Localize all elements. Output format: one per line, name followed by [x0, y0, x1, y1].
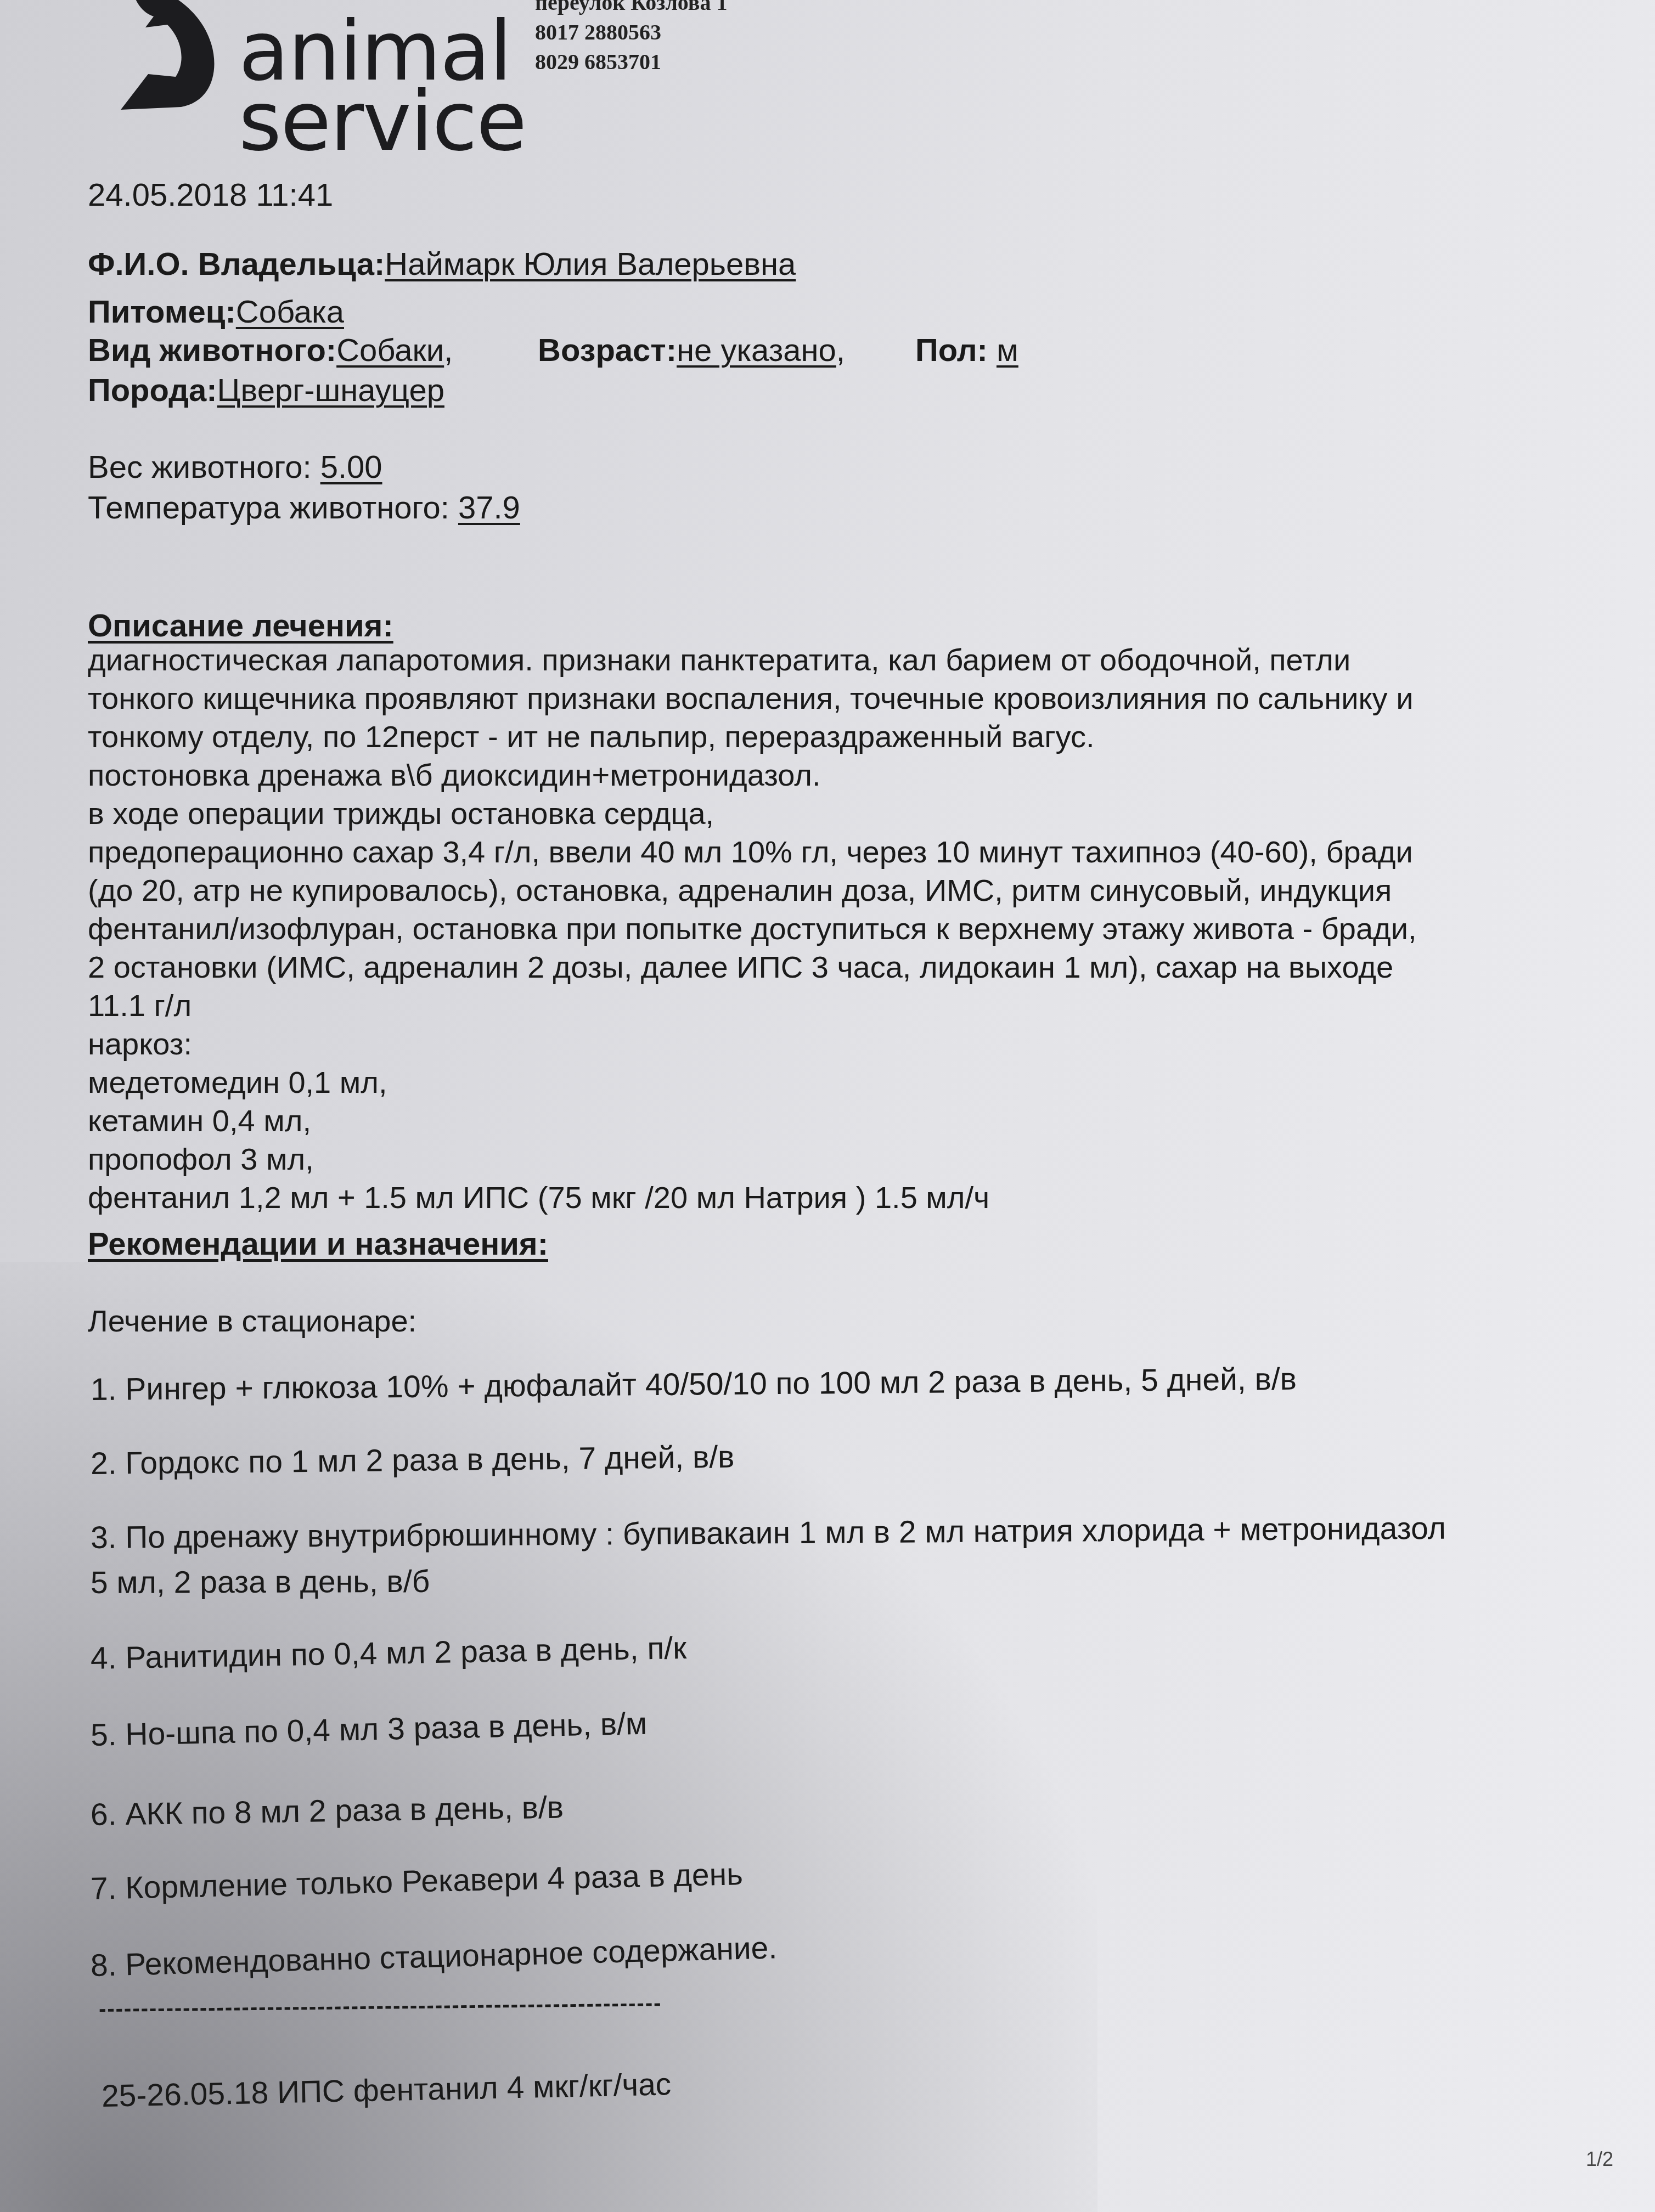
- treatment-line: постоновка дренажа в\б диоксидин+метрони…: [88, 756, 1635, 794]
- treatment-heading: Описание лечения:: [88, 607, 393, 644]
- treatment-line: медетомедин 0,1 мл,: [88, 1063, 1635, 1102]
- owner-row: Ф.И.О. Владельца:Наймарк Юлия Валерьевна: [88, 246, 796, 283]
- age-label: Возраст:: [538, 332, 677, 368]
- temperature-value: 37.9: [458, 490, 520, 526]
- species-value: Собаки: [336, 332, 444, 368]
- sex-value: м: [997, 332, 1018, 368]
- recommendation-item: 5. Но-шпа по 0,4 мл 3 раза в день, в/м: [90, 1706, 647, 1753]
- followup-note: 25-26.05.18 ИПС фентанил 4 мкг/кг/час: [101, 2066, 672, 2114]
- species-row: Вид животного:Собаки, Возраст:не указано…: [88, 332, 453, 369]
- pet-label: Питомец:: [88, 294, 236, 330]
- sex-label: Пол:: [915, 332, 988, 368]
- recommendation-item: 7. Кормление только Рекавери 4 раза в де…: [90, 1856, 743, 1907]
- treatment-line: (до 20, атр не купировалось), остановка,…: [88, 871, 1635, 910]
- clinic-phone-2: 8029 6853701: [535, 47, 727, 77]
- clinic-phone-1: 8017 2880563: [535, 18, 727, 47]
- logo-line-2: service: [239, 87, 526, 157]
- treatment-description: диагностическая лапаротомия. признаки па…: [88, 641, 1635, 1217]
- treatment-line: 11.1 г/л: [88, 986, 1635, 1025]
- treatment-line: наркоз:: [88, 1025, 1635, 1063]
- recommendation-item: 3. По дренажу внутрибрюшинному : бупивак…: [91, 1510, 1446, 1556]
- breed-label: Порода:: [88, 373, 217, 408]
- clinic-contact: переулок Козлова 1 8017 2880563 8029 685…: [535, 0, 727, 77]
- weight-label: Вес животного:: [88, 449, 312, 485]
- treatment-line: тонкого кищечника проявляют признаки вос…: [88, 679, 1635, 718]
- treatment-line: фентанил/изофлуран, остановка при попытк…: [88, 910, 1635, 948]
- pet-value: Собака: [236, 294, 344, 330]
- recommendation-item: 4. Ранитидин по 0,4 мл 2 раза в день, п/…: [90, 1630, 686, 1677]
- sex-field: Пол: м: [915, 332, 1018, 369]
- age-field: Возраст:не указано,: [538, 332, 845, 369]
- treatment-line: фентанил 1,2 мл + 1.5 мл ИПС (75 мкг /20…: [88, 1178, 1635, 1217]
- weight-value: 5.00: [320, 449, 382, 485]
- temperature-label: Температура животного:: [88, 490, 449, 526]
- treatment-line: тонкому отделу, по 12перст - ит не пальп…: [88, 718, 1635, 756]
- treatment-line: 2 остановки (ИМС, адреналин 2 дозы, дале…: [88, 948, 1635, 986]
- age-value: не указано: [677, 332, 836, 368]
- inpatient-heading: Лечение в стационаре:: [88, 1303, 416, 1339]
- treatment-line: пропофол 3 мл,: [88, 1140, 1635, 1178]
- pet-row: Питомец:Собака: [88, 294, 344, 330]
- treatment-line: кетамин 0,4 мл,: [88, 1102, 1635, 1140]
- separator-line: ----------------------------------------…: [99, 1991, 662, 2022]
- breed-value: Цверг-шнауцер: [217, 373, 444, 408]
- weight-row: Вес животного: 5.00: [88, 449, 382, 486]
- recommendation-item: 2. Гордокс по 1 мл 2 раза в день, 7 дней…: [91, 1439, 735, 1482]
- temperature-row: Температура животного: 37.9: [88, 489, 520, 526]
- recommendation-item: 8. Рекомендованно стационарное содержани…: [90, 1929, 778, 1984]
- dog-head-logo-icon: [115, 0, 247, 121]
- recommendation-item: 5 мл, 2 раза в день, в/б: [91, 1564, 430, 1601]
- brand-logo: animal service: [239, 0, 526, 157]
- recommendations-heading: Рекомендации и назначения:: [88, 1226, 548, 1262]
- recommendation-item: 1. Рингер + глюкоза 10% + дюфалайт 40/50…: [91, 1361, 1297, 1408]
- treatment-line: предоперационно сахар 3,4 г/л, ввели 40 …: [88, 833, 1635, 871]
- clinic-address: переулок Козлова 1: [535, 0, 727, 18]
- owner-value: Наймарк Юлия Валерьевна: [385, 246, 796, 282]
- breed-row: Порода:Цверг-шнауцер: [88, 372, 444, 409]
- document-date: 24.05.2018 11:41: [88, 177, 333, 213]
- treatment-line: в ходе операции трижды остановка сердца,: [88, 794, 1635, 833]
- recommendation-item: 6. АКК по 8 мл 2 раза в день, в/в: [90, 1789, 564, 1833]
- treatment-line: диагностическая лапаротомия. признаки па…: [88, 641, 1635, 679]
- page-number: 1/2: [1586, 2148, 1613, 2171]
- owner-label: Ф.И.О. Владельца:: [88, 246, 385, 282]
- species-label: Вид животного:: [88, 332, 336, 368]
